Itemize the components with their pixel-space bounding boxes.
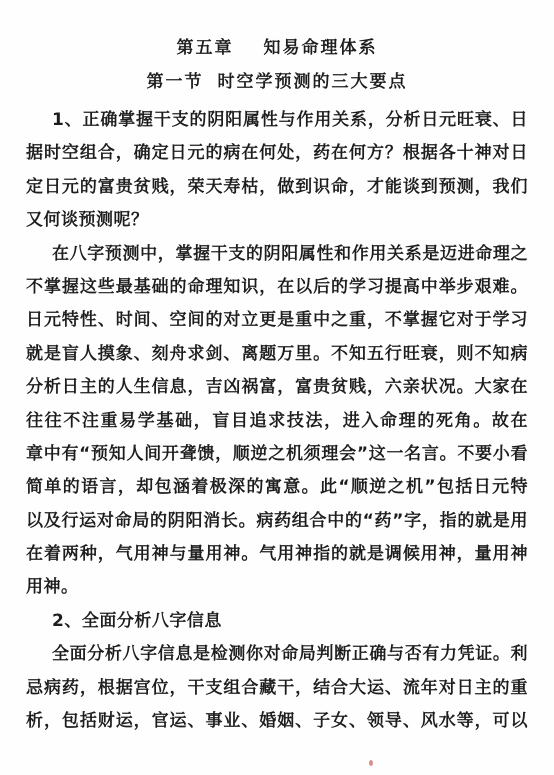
document-page: 第五章知易命理体系 第一节时空学预测的三大要点 1、正确掌握干支的阴阳属性与作用… — [0, 0, 554, 775]
text-line: 用神。 — [26, 571, 528, 604]
text-line: 就是盲人摸象、刻舟求剑、离题万里。不知五行旺衰，则不知病药喜忌，不能 — [26, 338, 528, 371]
text-line: 日元特性、时间、空间的对立更是重中之重，不掌握它对于学习命理来讲，你 — [26, 304, 528, 337]
text-line: 章中有“预知人间开聋馈，顺逆之机须理会”这一名言。不要小看这两句看似 — [26, 438, 528, 471]
chapter-name: 知易命理体系 — [264, 38, 378, 58]
body-text: 1、正确掌握干支的阴阳属性与作用关系，分析日元旺衰、日元特性，根据时空组合，确定… — [26, 104, 528, 738]
text-line: 2、全面分析八字信息 — [26, 605, 528, 638]
text-line: 忌病药，根据宫位，干支组合藏干，结合大运、流年对日主的重大信息进行分 — [26, 672, 528, 705]
text-line: 析，包括财运，官运、事业、婚姻、子女、领导、风水等，可以体现八字全息 — [26, 705, 528, 738]
scan-artifact-dot — [369, 760, 373, 766]
chapter-title: 第五章知易命理体系 — [0, 38, 554, 58]
section-title: 第一节时空学预测的三大要点 — [0, 72, 554, 92]
text-line: 又何谈预测呢？ — [26, 204, 528, 237]
text-line: 定日元的富贵贫贱，荣天寿枯，做到识命，才能谈到预测，我们连命都不识， — [26, 171, 528, 204]
text-line: 以及行运对命局的阴阳消长。病药组合中的“药”字，指的就是用神，用神存 — [26, 505, 528, 538]
text-line: 1、正确掌握干支的阴阳属性与作用关系，分析日元旺衰、日元特性，根 — [26, 104, 528, 137]
text-line: 在八字预测中，掌握干支的阴阳属性和作用关系是迈进命理之门的第一步， — [26, 238, 528, 271]
text-line: 全面分析八字信息是检测你对命局判断正确与否有力凭证。利用十神的喜 — [26, 638, 528, 671]
text-line: 不掌握这些最基础的命理知识，在以后的学习提高中举步艰难。分析日元旺衰、 — [26, 271, 528, 304]
section-name: 时空学预测的三大要点 — [218, 72, 408, 92]
text-line: 在着两种，气用神与量用神。气用神指的就是调候用神，量用神指的就是生克 — [26, 538, 528, 571]
text-line: 据时空组合，确定日元的病在何处，药在何方？根据各十神对日元的喜忌，确 — [26, 137, 528, 170]
section-number: 第一节 — [147, 72, 204, 92]
text-line: 分析日主的人生信息，吉凶祸富，富贵贫贱，六亲状况。大家在以往的学习中， — [26, 371, 528, 404]
text-line: 简单的语言，却包涵着极深的寓意。此“顺逆之机”包括日元特性，病药组合， — [26, 471, 528, 504]
chapter-number: 第五章 — [177, 38, 234, 58]
text-line: 往往不注重易学基础，盲目追求技法，进入命理的死角。故在《滴天髓》知命 — [26, 405, 528, 438]
